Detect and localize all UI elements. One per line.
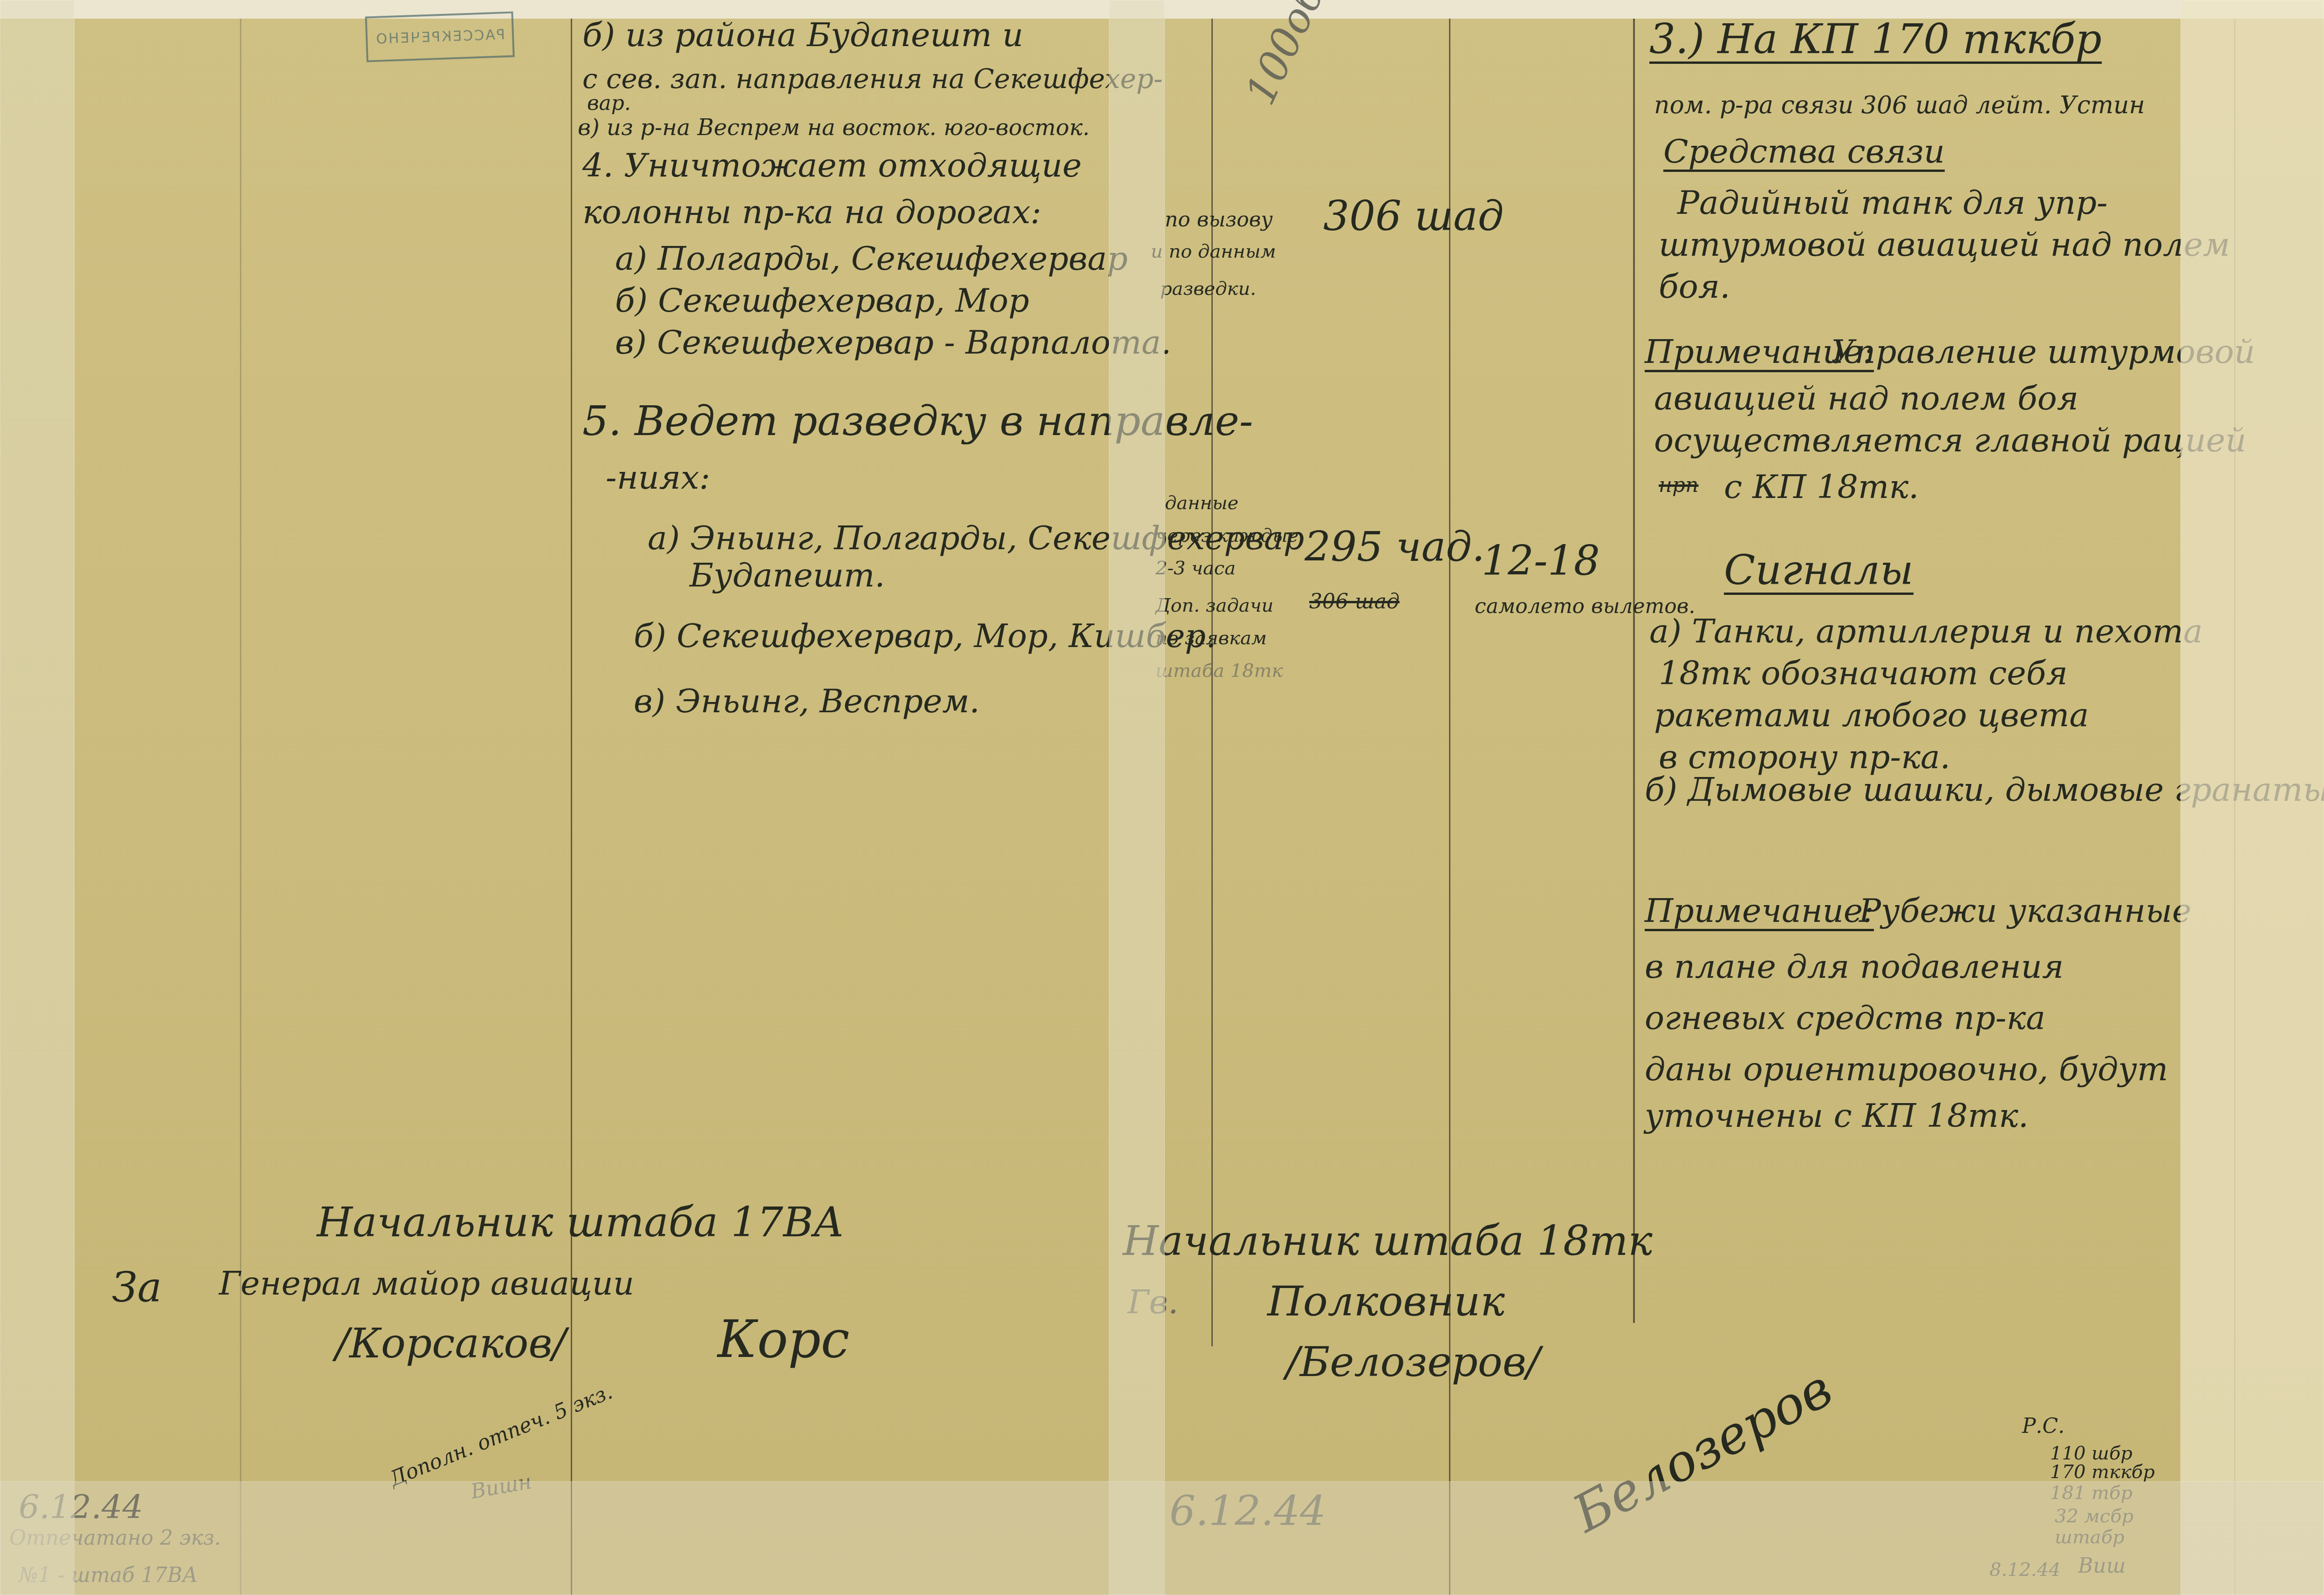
declassified-stamp: РАССЕКРЕЧЕНО bbox=[365, 11, 514, 62]
note2-line: уточнены с КП 18тк. bbox=[1645, 1099, 2029, 1132]
timing-line: штаба 18тк bbox=[1155, 661, 1283, 680]
task-line: -ниях: bbox=[606, 461, 710, 494]
column-rule bbox=[571, 19, 572, 1595]
sorties-count: 12-18 bbox=[1482, 540, 1600, 581]
mounting-tape bbox=[1109, 0, 1165, 1595]
note1-struck: нрп bbox=[1659, 475, 1699, 496]
mounting-tape bbox=[0, 0, 75, 1595]
timing-line: через каждые bbox=[1155, 526, 1299, 545]
signer-title: Начальник штаба 18тк bbox=[1123, 1220, 1653, 1261]
signer-rank: Генерал майор авиации bbox=[219, 1267, 634, 1300]
signals-heading: Сигналы bbox=[1724, 550, 1914, 595]
column-rule bbox=[240, 19, 241, 1595]
note2-label: Примечание: bbox=[1645, 894, 1874, 931]
note2-line: Рубежи указанные bbox=[1859, 894, 2191, 927]
comm-line: Радийный танк для упр- bbox=[1677, 186, 2108, 219]
task-line: в) Секешфехервар - Варпалота. bbox=[615, 326, 1171, 359]
forces-value-struck: 306 шад bbox=[1309, 592, 1400, 612]
signer-rank: Полковник bbox=[1267, 1281, 1505, 1322]
distribution-line: 170 тккбр bbox=[2050, 1463, 2155, 1481]
distribution-mark: Р.С. bbox=[2022, 1416, 2064, 1437]
task-line: Будапешт. bbox=[690, 559, 885, 592]
timing-line: разведки. bbox=[1160, 279, 1256, 298]
note2-line: даны ориентировочно, будут bbox=[1645, 1053, 2168, 1085]
task-line: в) из р-на Веспрем на восток. юго-восток… bbox=[578, 116, 1090, 139]
task-line: 4. Уничтожает отходящие bbox=[582, 149, 1082, 182]
column-rule bbox=[1633, 19, 1635, 1323]
timing-line: по вызову bbox=[1165, 210, 1273, 230]
comm-line: боя. bbox=[1659, 270, 1730, 303]
forces-value: 306 шад bbox=[1323, 196, 1504, 237]
signals-line: 18тк обозначают себя bbox=[1659, 657, 2068, 689]
signals-line: в сторону пр-ка. bbox=[1659, 741, 1950, 773]
task-line: а) Полгарды, Секешфехервар bbox=[615, 242, 1128, 275]
comm-heading: Средства связи bbox=[1663, 135, 1945, 172]
note1-line: осуществляется главной рацией bbox=[1654, 424, 2246, 457]
timing-line: Доп. задачи bbox=[1155, 596, 1273, 615]
signature-mark: Корс bbox=[718, 1314, 849, 1365]
signer-name: /Корсаков/ bbox=[335, 1323, 566, 1364]
signer-title: Начальник штаба 17ВА bbox=[317, 1202, 844, 1243]
task-line: в) Эньинг, Веспрем. bbox=[634, 685, 980, 717]
timing-line: и по данным bbox=[1151, 242, 1276, 261]
distribution-line: 110 шбр bbox=[2050, 1444, 2133, 1463]
mounting-tape bbox=[0, 1481, 2324, 1595]
mounting-tape bbox=[2180, 0, 2324, 1595]
timing-line: данные bbox=[1165, 494, 1238, 512]
control-heading: 3.) На КП 170 тккбр bbox=[1649, 19, 2102, 64]
signals-line: ракетами любого цвета bbox=[1654, 699, 2089, 731]
task-line: вар. bbox=[587, 93, 631, 114]
signals-line: а) Танки, артиллерия и пехота bbox=[1649, 615, 2203, 648]
note1-line: с КП 18тк. bbox=[1724, 470, 1919, 503]
signer-name: /Белозеров/ bbox=[1286, 1342, 1540, 1383]
note2-line: огневых средств пр-ка bbox=[1645, 1002, 2045, 1034]
task-line: колонны пр-ка на дорогах: bbox=[582, 196, 1041, 228]
task-line: с сев. зап. направления на Секешфехер- bbox=[582, 65, 1162, 92]
forces-value: 295 чад. bbox=[1305, 526, 1485, 567]
control-line: пом. р-ра связи 306 шад лейт. Устин bbox=[1654, 93, 2145, 117]
task-line: б) Секешфехервар, Мор bbox=[615, 284, 1029, 317]
note2-line: в плане для подавления bbox=[1645, 950, 2064, 983]
task-line: б) из района Будапешт и bbox=[582, 19, 1023, 51]
timing-line: 2-3 часа bbox=[1155, 559, 1236, 578]
timing-line: по заявкам bbox=[1155, 629, 1267, 648]
signer-prefix: За bbox=[112, 1267, 162, 1308]
comm-line: штурмовой авиацией над полем bbox=[1659, 228, 2230, 261]
note1-line: авиацией над полем боя bbox=[1654, 382, 2078, 415]
